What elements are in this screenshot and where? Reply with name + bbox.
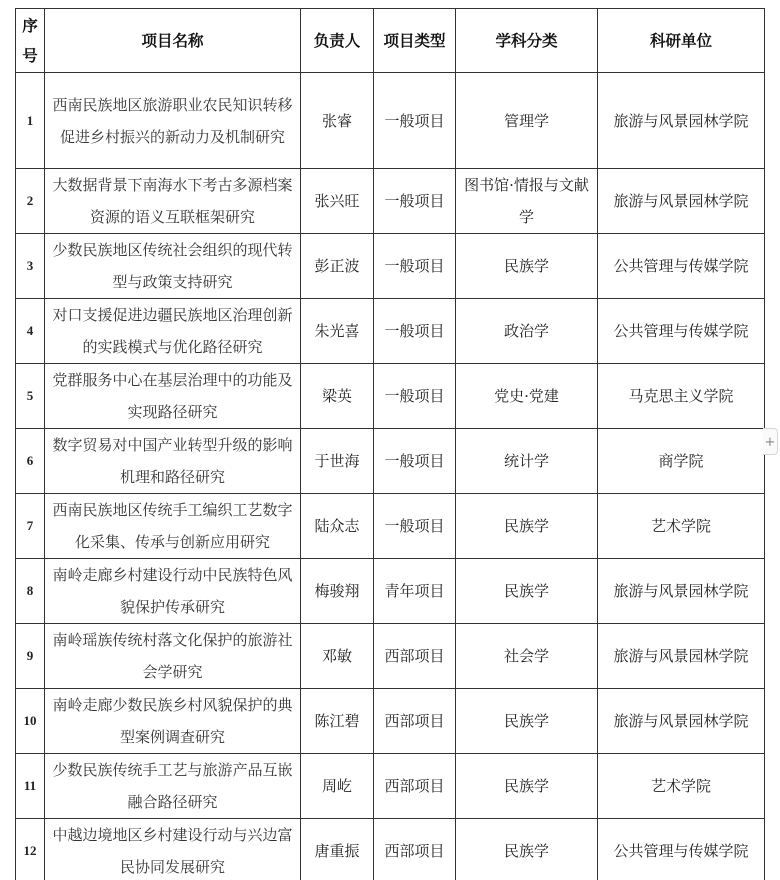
cell-seq: 6 xyxy=(16,429,45,494)
cell-unit: 旅游与风景园林学院 xyxy=(598,73,765,169)
cell-unit: 旅游与风景园林学院 xyxy=(598,689,765,754)
cell-discipline: 管理学 xyxy=(456,73,598,169)
cell-type: 西部项目 xyxy=(374,819,456,880)
table-row: 4 对口支援促进边疆民族地区治理创新的实践模式与优化路径研究 朱光喜 一般项目 … xyxy=(16,299,765,364)
cell-seq: 2 xyxy=(16,169,45,234)
cell-discipline: 党史·党建 xyxy=(456,364,598,429)
cell-leader: 梅骏翔 xyxy=(301,559,374,624)
table-row: 1 西南民族地区旅游职业农民知识转移促进乡村振兴的新动力及机制研究 张睿 一般项… xyxy=(16,73,765,169)
cell-seq: 11 xyxy=(16,754,45,819)
cell-leader: 张兴旺 xyxy=(301,169,374,234)
cell-unit: 公共管理与传媒学院 xyxy=(598,819,765,880)
header-discipline: 学科分类 xyxy=(456,9,598,73)
cell-name: 党群服务中心在基层治理中的功能及实现路径研究 xyxy=(45,364,301,429)
cell-unit: 公共管理与传媒学院 xyxy=(598,299,765,364)
cell-unit: 马克思主义学院 xyxy=(598,364,765,429)
cell-name: 南岭走廊乡村建设行动中民族特色风貌保护传承研究 xyxy=(45,559,301,624)
cell-unit: 商学院 xyxy=(598,429,765,494)
cell-name: 中越边境地区乡村建设行动与兴边富民协同发展研究 xyxy=(45,819,301,880)
cell-type: 一般项目 xyxy=(374,429,456,494)
cell-leader: 陆众志 xyxy=(301,494,374,559)
cell-discipline: 图书馆·情报与文献学 xyxy=(456,169,598,234)
cell-unit: 旅游与风景园林学院 xyxy=(598,559,765,624)
table-row: 9 南岭瑶族传统村落文化保护的旅游社会学研究 邓敏 西部项目 社会学 旅游与风景… xyxy=(16,624,765,689)
header-name: 项目名称 xyxy=(45,9,301,73)
cell-unit: 公共管理与传媒学院 xyxy=(598,234,765,299)
cell-type: 一般项目 xyxy=(374,299,456,364)
cell-type: 一般项目 xyxy=(374,494,456,559)
cell-leader: 张睿 xyxy=(301,73,374,169)
cell-name: 南岭走廊少数民族乡村风貌保护的典型案例调查研究 xyxy=(45,689,301,754)
cell-leader: 邓敏 xyxy=(301,624,374,689)
cell-seq: 8 xyxy=(16,559,45,624)
cell-seq: 7 xyxy=(16,494,45,559)
cell-type: 青年项目 xyxy=(374,559,456,624)
cell-seq: 1 xyxy=(16,73,45,169)
projects-table: 序号 项目名称 负责人 项目类型 学科分类 科研单位 1 西南民族地区旅游职业农… xyxy=(15,8,765,880)
cell-name: 南岭瑶族传统村落文化保护的旅游社会学研究 xyxy=(45,624,301,689)
cell-discipline: 民族学 xyxy=(456,234,598,299)
header-leader: 负责人 xyxy=(301,9,374,73)
cell-discipline: 统计学 xyxy=(456,429,598,494)
cell-discipline: 民族学 xyxy=(456,819,598,880)
cell-name: 对口支援促进边疆民族地区治理创新的实践模式与优化路径研究 xyxy=(45,299,301,364)
table-row: 8 南岭走廊乡村建设行动中民族特色风貌保护传承研究 梅骏翔 青年项目 民族学 旅… xyxy=(16,559,765,624)
table-row: 3 少数民族地区传统社会组织的现代转型与政策支持研究 彭正波 一般项目 民族学 … xyxy=(16,234,765,299)
cell-leader: 陈江碧 xyxy=(301,689,374,754)
cell-leader: 彭正波 xyxy=(301,234,374,299)
cell-leader: 于世海 xyxy=(301,429,374,494)
table-row: 10 南岭走廊少数民族乡村风貌保护的典型案例调查研究 陈江碧 西部项目 民族学 … xyxy=(16,689,765,754)
cell-seq: 10 xyxy=(16,689,45,754)
cell-discipline: 社会学 xyxy=(456,624,598,689)
cell-leader: 周屹 xyxy=(301,754,374,819)
cell-type: 一般项目 xyxy=(374,169,456,234)
cell-leader: 梁英 xyxy=(301,364,374,429)
cell-seq: 9 xyxy=(16,624,45,689)
table-row: 11 少数民族传统手工艺与旅游产品互嵌融合路径研究 周屹 西部项目 民族学 艺术… xyxy=(16,754,765,819)
cell-seq: 12 xyxy=(16,819,45,880)
table-row: 6 数字贸易对中国产业转型升级的影响机理和路径研究 于世海 一般项目 统计学 商… xyxy=(16,429,765,494)
cell-unit: 艺术学院 xyxy=(598,494,765,559)
cell-discipline: 民族学 xyxy=(456,689,598,754)
table-row: 7 西南民族地区传统手工编织工艺数字化采集、传承与创新应用研究 陆众志 一般项目… xyxy=(16,494,765,559)
expand-tab-button[interactable]: + xyxy=(763,428,778,455)
cell-name: 少数民族传统手工艺与旅游产品互嵌融合路径研究 xyxy=(45,754,301,819)
header-row: 序号 项目名称 负责人 项目类型 学科分类 科研单位 xyxy=(16,9,765,73)
plus-icon: + xyxy=(765,435,776,450)
cell-seq: 3 xyxy=(16,234,45,299)
table-row: 5 党群服务中心在基层治理中的功能及实现路径研究 梁英 一般项目 党史·党建 马… xyxy=(16,364,765,429)
cell-name: 西南民族地区传统手工编织工艺数字化采集、传承与创新应用研究 xyxy=(45,494,301,559)
cell-name: 大数据背景下南海水下考古多源档案资源的语义互联框架研究 xyxy=(45,169,301,234)
cell-discipline: 民族学 xyxy=(456,559,598,624)
cell-name: 西南民族地区旅游职业农民知识转移促进乡村振兴的新动力及机制研究 xyxy=(45,73,301,169)
cell-leader: 朱光喜 xyxy=(301,299,374,364)
cell-seq: 4 xyxy=(16,299,45,364)
header-seq: 序号 xyxy=(16,9,45,73)
cell-unit: 旅游与风景园林学院 xyxy=(598,169,765,234)
cell-discipline: 民族学 xyxy=(456,754,598,819)
cell-type: 一般项目 xyxy=(374,73,456,169)
cell-discipline: 政治学 xyxy=(456,299,598,364)
table-row: 12 中越边境地区乡村建设行动与兴边富民协同发展研究 唐重振 西部项目 民族学 … xyxy=(16,819,765,880)
cell-discipline: 民族学 xyxy=(456,494,598,559)
cell-name: 少数民族地区传统社会组织的现代转型与政策支持研究 xyxy=(45,234,301,299)
cell-type: 一般项目 xyxy=(374,364,456,429)
cell-unit: 旅游与风景园林学院 xyxy=(598,624,765,689)
cell-unit: 艺术学院 xyxy=(598,754,765,819)
header-unit: 科研单位 xyxy=(598,9,765,73)
cell-type: 西部项目 xyxy=(374,689,456,754)
cell-type: 西部项目 xyxy=(374,624,456,689)
cell-type: 西部项目 xyxy=(374,754,456,819)
header-type: 项目类型 xyxy=(374,9,456,73)
cell-type: 一般项目 xyxy=(374,234,456,299)
cell-seq: 5 xyxy=(16,364,45,429)
cell-leader: 唐重振 xyxy=(301,819,374,880)
cell-name: 数字贸易对中国产业转型升级的影响机理和路径研究 xyxy=(45,429,301,494)
table-row: 2 大数据背景下南海水下考古多源档案资源的语义互联框架研究 张兴旺 一般项目 图… xyxy=(16,169,765,234)
